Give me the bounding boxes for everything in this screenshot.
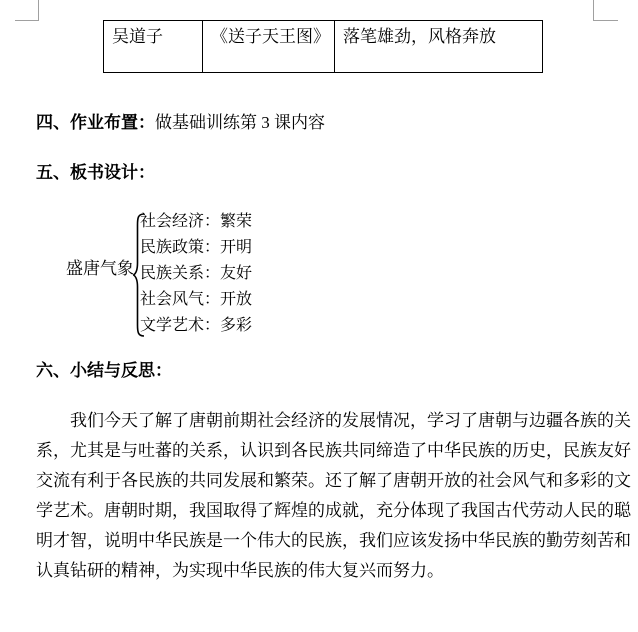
margin-mark-top-right-vertical [593,0,594,20]
table-row: 吴道子 《送子天王图》 落笔雄劲，风格奔放 [104,21,543,73]
board-items: 社会经济：繁荣 民族政策：开明 民族关系：友好 社会风气：开放 文学艺术：多彩 [140,209,252,339]
margin-mark-top-right-horizontal [593,20,618,21]
table-cell-artwork: 《送子天王图》 [203,21,335,73]
table-cell-style: 落笔雄劲，风格奔放 [335,21,543,73]
summary-line: 交流有利于各民族的共同发展和繁荣。还了解了唐朝开放的社会风气和多彩的文 [36,466,602,496]
document-page: 吴道子 《送子天王图》 落笔雄劲，风格奔放 四、作业布置：做基础训练第 3 课内… [0,0,638,632]
heading-board-design: 五、板书设计： [36,163,155,183]
margin-mark-top-left-vertical [38,0,39,20]
heading-summary: 六、小结与反思： [36,361,172,381]
board-item-social-climate: 社会风气：开放 [140,287,252,313]
heading-board-design-label: 五、板书设计： [36,163,155,182]
summary-line: 我们今天了解了唐朝前期社会经济的发展情况，学习了唐朝与边疆各族的关 [36,406,602,436]
heading-homework-text: 做基础训练第 3 课内容 [155,113,325,132]
heading-summary-label: 六、小结与反思： [36,361,172,380]
margin-mark-top-left-horizontal [15,20,39,21]
heading-homework-label: 四、作业布置： [36,113,155,132]
summary-line: 认真钻研的精神，为实现中华民族的伟大复兴而努力。 [36,556,602,586]
board-item-ethnic-relations: 民族关系：友好 [140,261,252,287]
heading-homework: 四、作业布置：做基础训练第 3 课内容 [36,113,325,133]
summary-paragraph: 我们今天了解了唐朝前期社会经济的发展情况，学习了唐朝与边疆各族的关 系，尤其是与… [36,406,602,586]
board-item-literature-art: 文学艺术：多彩 [140,313,252,339]
summary-line: 明才智，说明中华民族是一个伟大的民族，我们应该发扬中华民族的勤劳刻苦和 [36,526,602,556]
artists-table: 吴道子 《送子天王图》 落笔雄劲，风格奔放 [103,20,543,73]
board-root-label: 盛唐气象 [66,260,134,278]
table-cell-artist: 吴道子 [104,21,203,73]
board-item-economy: 社会经济：繁荣 [140,209,252,235]
summary-line: 系，尤其是与吐蕃的关系，认识到各民族共同缔造了中华民族的历史，民族友好 [36,436,602,466]
summary-line: 学艺术。唐朝时期，我国取得了辉煌的成就，充分体现了我国古代劳动人民的聪 [36,496,602,526]
board-item-ethnic-policy: 民族政策：开明 [140,235,252,261]
